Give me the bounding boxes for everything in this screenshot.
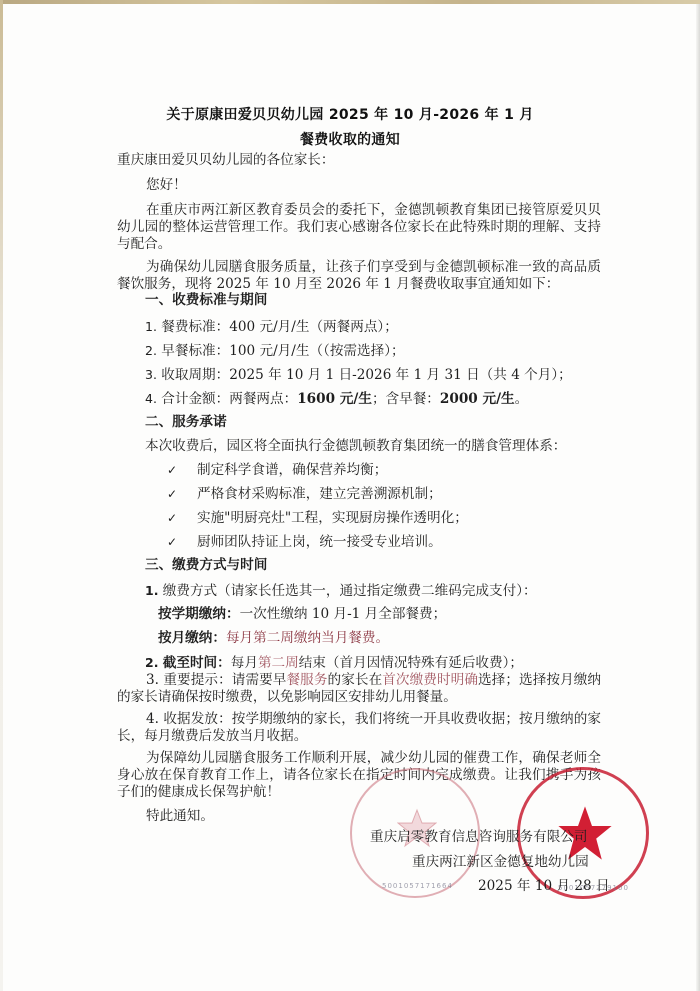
section1-item-3: 3. 收取周期：2025 年 10 月 1 日-2026 年 1 月 31 日（… [145, 366, 572, 384]
checkmark-icon: ✓ [167, 534, 197, 551]
closing-paragraph: 为保障幼儿园膳食服务工作顺利开展，减少幼儿园的催费工作，确保老师全身心放在保育教… [117, 750, 601, 801]
payment-option-semester: 按学期缴纳：一次性缴纳 10 月-1 月全部餐费； [158, 606, 446, 623]
greeting: 您好！ [146, 177, 187, 194]
payment-option-monthly: 按月缴纳：每月第二周缴纳当月餐费。 [158, 630, 389, 647]
notice-document: 关于原康田爱贝贝幼儿园 2025 年 10 月-2026 年 1 月 餐费收取的… [0, 0, 700, 991]
section2-intro: 本次收费后，园区将全面执行金德凯顿教育集团统一的膳食管理体系： [145, 438, 566, 455]
salutation: 重庆康田爱贝贝幼儿园的各位家长： [117, 152, 335, 169]
service-bullet-4: ✓厨师团队持证上岗，统一接受专业培训。 [167, 534, 442, 551]
checkmark-icon: ✓ [167, 462, 197, 479]
section3-item-3: 3. 重要提示：请需要早餐服务的家长在首次缴费时明确选择；选择按月缴纳的家长请确… [117, 672, 601, 706]
signature-org1: 重庆启零教育信息咨询服务有限公司 [370, 825, 588, 845]
section3-item-4: 4. 收据发放：按学期缴纳的家长，我们将统一开具收费收据；按月缴纳的家长，每月缴… [117, 711, 601, 745]
checkmark-icon: ✓ [167, 510, 197, 527]
section2-heading: 二、服务承诺 [145, 414, 227, 431]
closing-notice: 特此通知。 [146, 808, 214, 825]
total-amount-with-breakfast: 2000 元/生 [440, 391, 515, 407]
intro-paragraph-2: 为确保幼儿园膳食服务质量，让孩子们享受到与金德凯顿标准一致的高品质餐饮服务，现将… [117, 259, 601, 293]
document-title-line1: 关于原康田爱贝贝幼儿园 2025 年 10 月-2026 年 1 月 [0, 104, 700, 124]
stamp-code: 5001057171664 [382, 882, 453, 890]
signature-org2: 重庆两江新区金德复地幼儿园 [412, 850, 589, 870]
section1-item-2: 2. 早餐标准：100 元/月/生（（按需选择）； [145, 342, 405, 360]
service-bullet-3: ✓实施"明厨亮灶"工程，实现厨房操作透明化； [167, 510, 468, 527]
section3-heading: 三、缴费方式与时间 [145, 557, 267, 574]
service-bullet-1: ✓制定科学食谱，确保营养均衡； [167, 462, 387, 479]
section3-item-2: 2. 截至时间：每月第二周结束（首月因情况特殊有延后收费）； [145, 654, 523, 672]
intro-paragraph-1: 在重庆市两江新区教育委员会的委托下，金德凯顿教育集团已接管原爱贝贝幼儿园的整体运… [117, 202, 601, 253]
total-amount-meals: 1600 元/生 [297, 391, 372, 407]
signature-date: 2025 年 10 月 28 日 [478, 874, 610, 894]
checkmark-icon: ✓ [167, 486, 197, 503]
section1-heading: 一、收费标准与期间 [145, 292, 267, 309]
section1-item-4: 4. 合计金额：两餐两点：1600 元/生；含早餐：2000 元/生。 [145, 390, 528, 408]
service-bullet-2: ✓严格食材采购标准，建立完善溯源机制； [167, 486, 442, 503]
section1-item-1: 1. 餐费标准：400 元/月/生（两餐两点）； [145, 318, 398, 336]
section3-item-1: 1. 缴费方式（请家长任选其一，通过指定缴费二维码完成支付）： [145, 582, 537, 600]
document-title-line2: 餐费收取的通知 [0, 129, 700, 149]
